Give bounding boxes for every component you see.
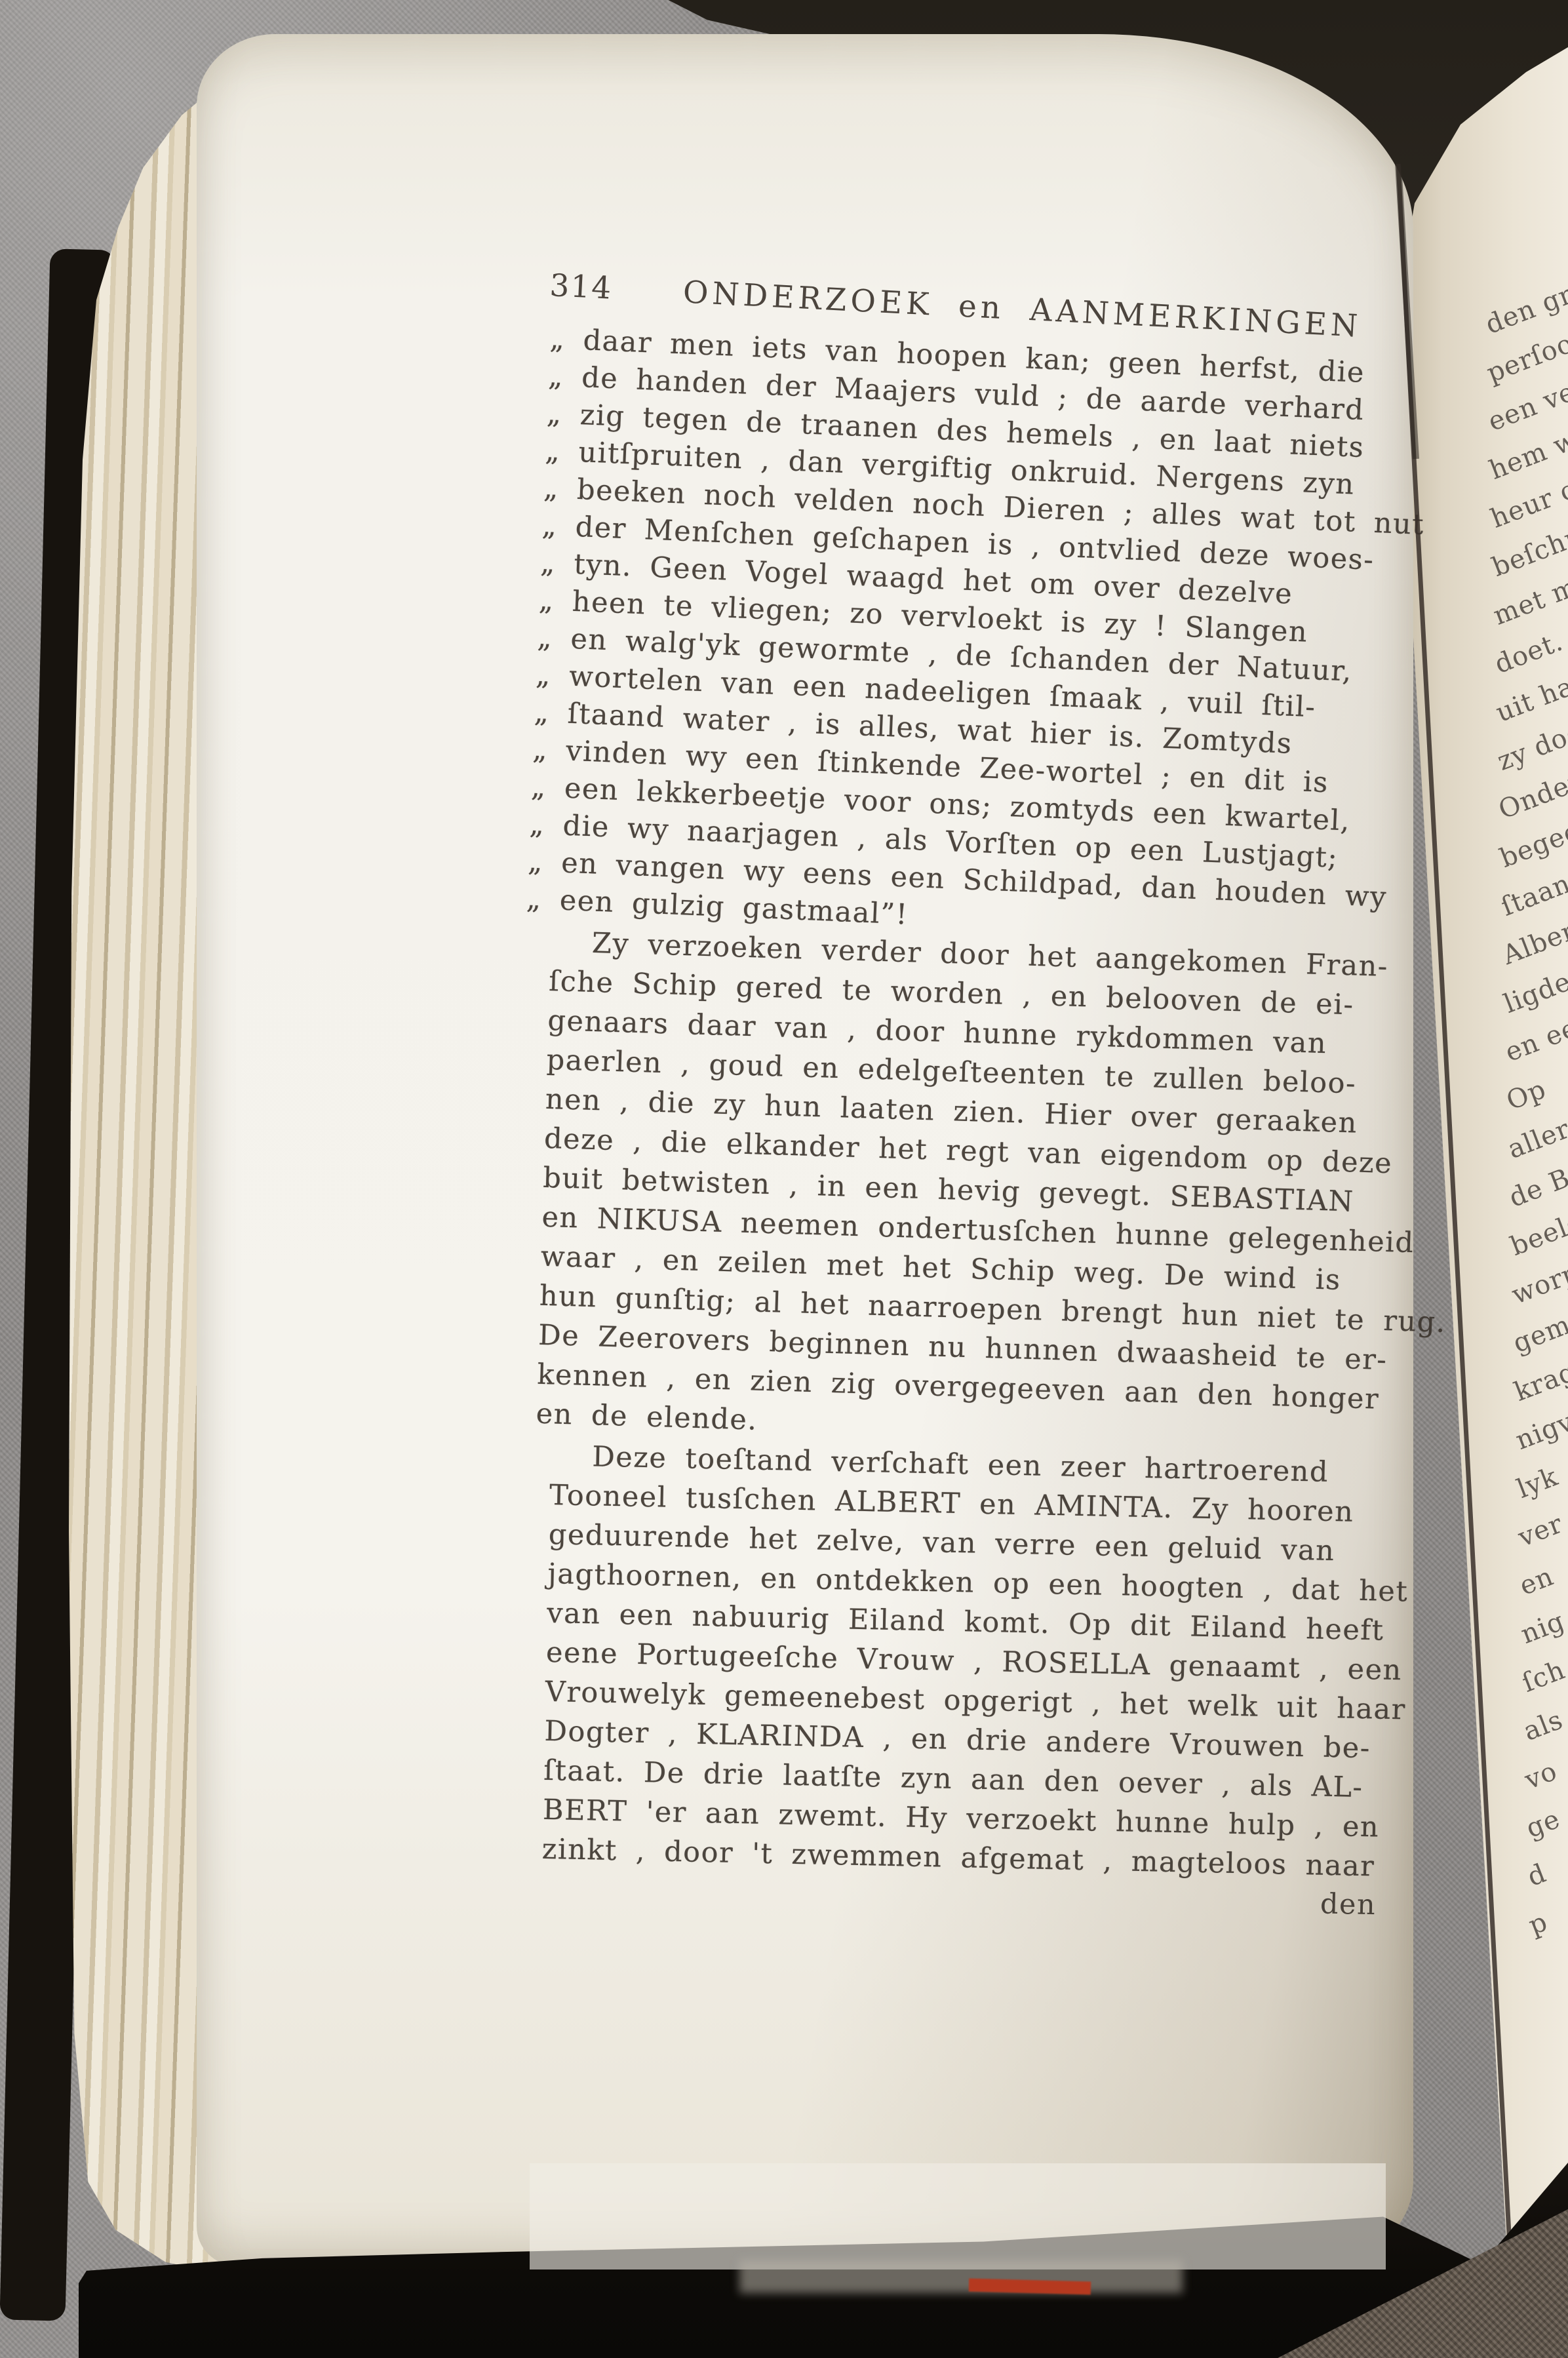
page-number: 314 [549, 267, 613, 307]
right-page-text-fragment: ſch [1518, 1655, 1568, 1699]
right-page-text-fragment: vo [1521, 1756, 1561, 1796]
right-page-text-fragment: kragt [1510, 1352, 1568, 1407]
right-page-text-fragment: p [1525, 1906, 1552, 1940]
pale-patch-overlay [530, 2163, 1386, 2270]
right-page-text-fragment: geme [1509, 1304, 1568, 1359]
right-page-text-fragment: nig [1517, 1606, 1568, 1650]
left-page-text-column: 314 ONDERZOEK en AANMERKINGEN „ daar men… [551, 267, 1455, 1910]
right-page-text-fragment: en [1516, 1562, 1558, 1601]
paragraph-3: Deze toeſtand verſchaft een zeer hartroe… [541, 1436, 1455, 1888]
right-page-text-fragment: worp [1508, 1257, 1568, 1310]
blurred-page-edge [739, 2260, 1183, 2293]
right-page-text-fragment: lyk [1513, 1462, 1562, 1504]
right-page-text-fragment: beeld [1506, 1206, 1568, 1262]
right-page-text-fragment: als [1519, 1704, 1567, 1747]
right-page-text-fragment: de B [1505, 1163, 1568, 1213]
right-page-text-fragment: den grond [1481, 261, 1568, 340]
right-page-text-fragment: d [1523, 1858, 1550, 1892]
right-page-text-fragment: Op [1502, 1074, 1550, 1116]
right-page-text-fragment: ge [1522, 1804, 1564, 1844]
right-page-text-fragment: ver [1514, 1508, 1567, 1552]
right-page-text-fragment: Alber [1499, 916, 1568, 971]
quotation-block: „ daar men iets van hoopen kan; geen her… [526, 321, 1455, 956]
paragraph-2: Zy verzoeken verder door het aangekomen … [536, 922, 1455, 1461]
book-photograph: den grondperſoon geeen vermhem wedeheur … [0, 0, 1568, 2358]
right-page-text-fragment: nigv [1512, 1406, 1568, 1455]
